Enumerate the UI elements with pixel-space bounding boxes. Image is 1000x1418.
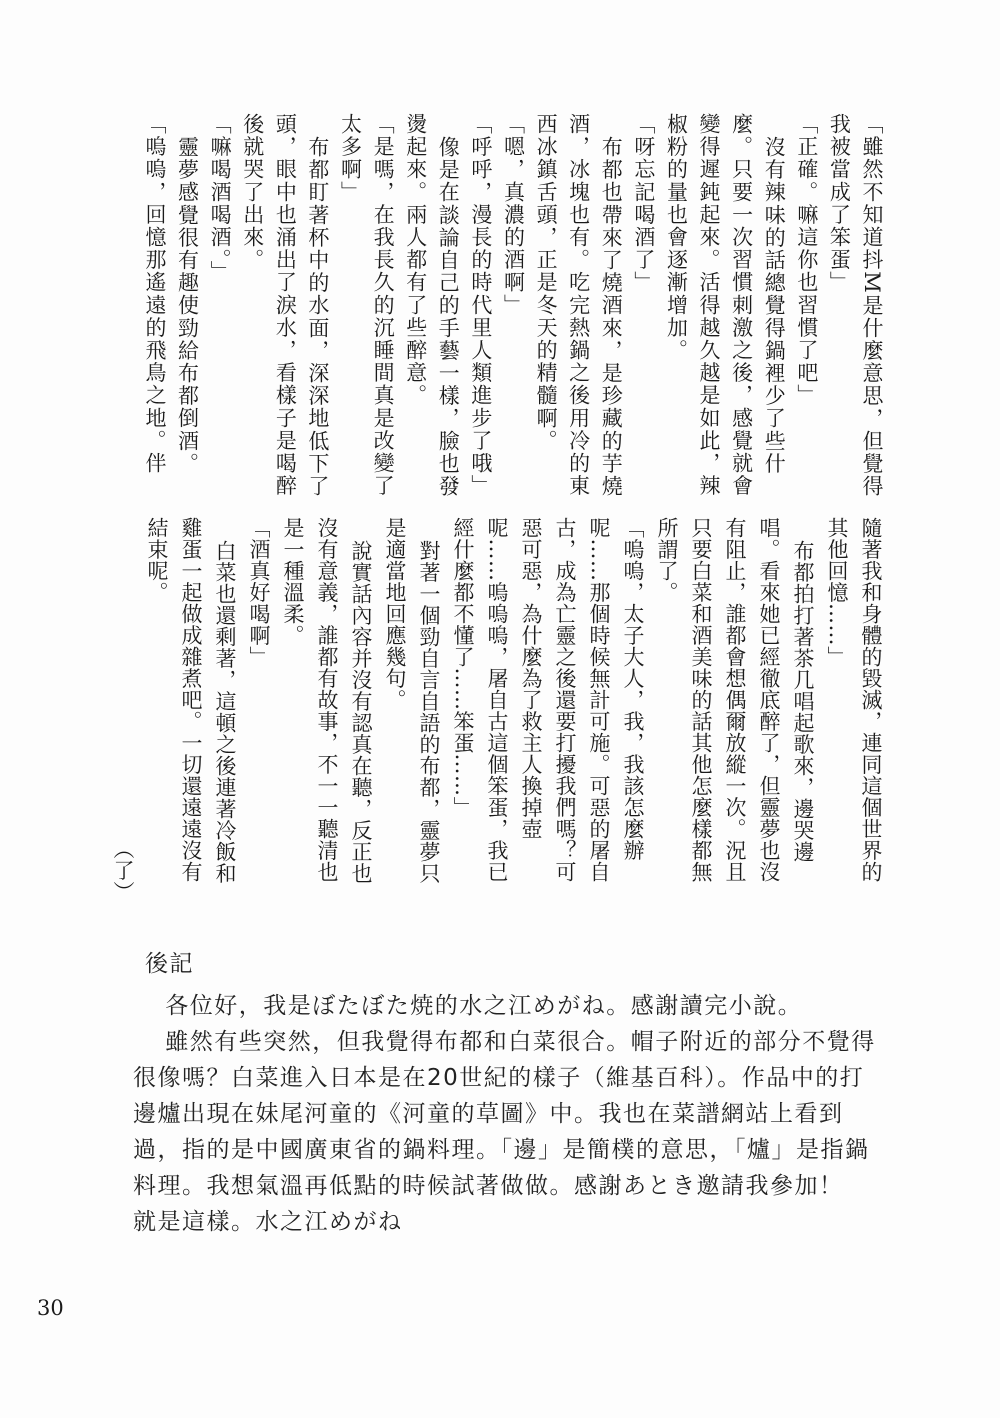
story-paragraph: 「酒真好喝啊」: [242, 517, 276, 902]
story-paragraph: 說實話內容并沒有認真在聽，反正也沒有意義，誰都有故事，不一一聽清也是一種溫柔。: [276, 517, 378, 902]
story-paragraph: 白菜也還剩著，這頓之後連著冷飯和雞蛋一起做成雜煮吧。一切還遠遠沒有結束呢。: [140, 517, 242, 902]
story-tier-1: 「雖然不知道抖M是什麼意思，但覺得我被當成了笨蛋」 「正確。嘛這你也習慣了吧」 …: [138, 113, 888, 501]
page-number: 30: [37, 1296, 64, 1320]
story-paragraph: 「嗯，真濃的酒啊」: [497, 113, 530, 501]
story-paragraph: 「嗚嗚，太子大人，我，我該怎麼辦呢……那個時候無計可施。可惡的屠自古，成為亡靈之…: [446, 517, 650, 902]
story-paragraph: 「呼呼，漫長的時代里人類進步了哦」: [464, 113, 497, 501]
afterword-paragraph: 就是這樣。水之江めがね: [133, 1204, 881, 1240]
story-tier-2: 隨著我和身體的毀滅，連同這個世界的其他回憶……」 布都拍打著茶几唱起歌來，邊哭邊…: [106, 517, 888, 902]
story-paragraph: 布都也帶來了燒酒來，是珍藏的芋燒酒，冰塊也有。吃完熱鍋之後用冷的東西冰鎮舌頭，正…: [529, 113, 627, 501]
story-paragraph: 「正確。嘛這你也習慣了吧」: [790, 113, 823, 501]
story-paragraph: 「嗚嗚，回憶那遙遠的飛鳥之地。伴: [138, 113, 171, 501]
story-paragraph: 布都盯著杯中的水面，深深地低下了頭，眼中也涌出了淚水，看樣子是喝醉後就哭了出來。: [236, 113, 334, 501]
story-paragraph: 沒有辣味的話總覺得鍋裡少了些什麼。只要一次習慣刺激之後，感覺就會變得遲鈍起來。活…: [660, 113, 790, 501]
story-paragraph: 「是嗎，在我長久的沉睡間真是改變了太多啊」: [334, 113, 399, 501]
story-paragraph: 像是在談論自己的手藝一樣，臉也發燙起來。兩人都有了些醉意。: [399, 113, 464, 501]
afterword-title: 後記: [145, 946, 881, 982]
end-mark: （了）: [106, 517, 140, 902]
story-paragraph: 靈夢感覺很有趣使勁給布都倒酒。: [171, 113, 204, 501]
story-paragraph: 「雖然不知道抖M是什麼意思，但覺得我被當成了笨蛋」: [823, 113, 888, 501]
story-paragraph: 「嘛喝酒喝酒。」: [204, 113, 237, 501]
story-paragraph: 「呀忘記喝酒了」: [627, 113, 660, 501]
novel-page: 「雖然不知道抖M是什麼意思，但覺得我被當成了笨蛋」 「正確。嘛這你也習慣了吧」 …: [0, 0, 1000, 1418]
story-paragraph: 布都拍打著茶几唱起歌來，邊哭邊唱。看來她已經徹底醉了，但靈夢也沒有阻止，誰都會想…: [650, 517, 820, 902]
afterword-paragraph: 雖然有些突然，但我覺得布都和白菜很合。帽子附近的部分不覺得很像嗎？白菜進入日本是…: [133, 1024, 881, 1204]
story-paragraph: 隨著我和身體的毀滅，連同這個世界的其他回憶……」: [820, 517, 888, 902]
afterword-paragraph: 各位好，我是ぼたぼた焼的水之江めがね。感謝讀完小說。: [133, 988, 881, 1024]
story-paragraph: 對著一個勁自言自語的布都，靈夢只是適當地回應幾句。: [378, 517, 446, 902]
afterword-section: 後記 各位好，我是ぼたぼた焼的水之江めがね。感謝讀完小說。 雖然有些突然，但我覺…: [133, 946, 881, 1240]
